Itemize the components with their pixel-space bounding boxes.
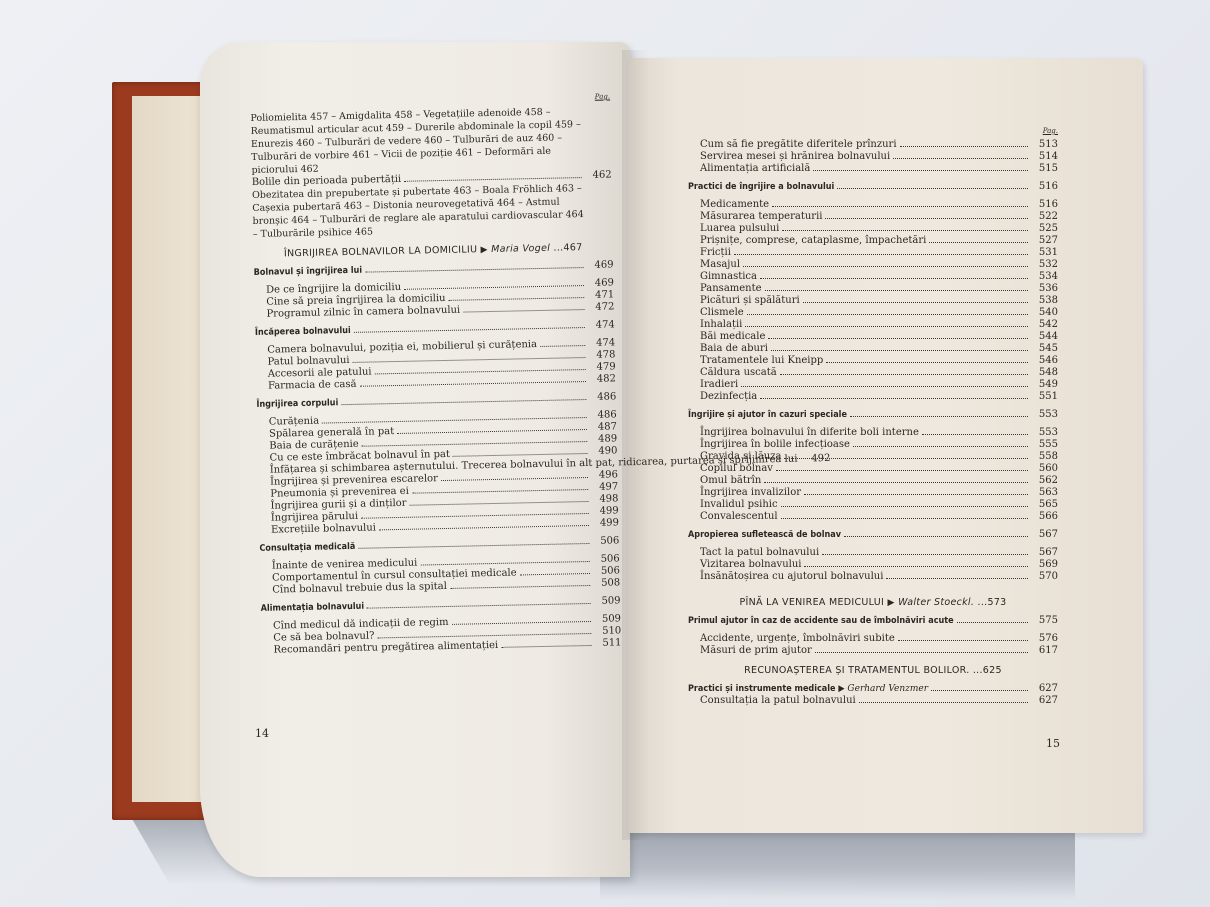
toc-entry: Vizitarea bolnavului569	[688, 559, 1058, 571]
entry-page: 510	[595, 625, 621, 638]
leader-dots	[782, 229, 1028, 231]
leader-dots	[367, 602, 591, 609]
entry-page: 551	[1032, 391, 1058, 403]
left-groups: Bolnavul și îngrijirea lui469De ce îngri…	[254, 259, 622, 662]
leader-dots	[463, 308, 584, 313]
entry-title: Bolnavul și îngrijirea lui	[254, 265, 363, 279]
toc-group-heading: Primul ajutor în caz de accidente sau de…	[688, 615, 1058, 627]
leader-dots	[745, 325, 1028, 327]
leader-dots	[765, 289, 1028, 291]
toc-entry: Convalescentul566	[688, 511, 1058, 523]
entry-page: 499	[593, 505, 619, 518]
entry-title: Vizitarea bolnavului	[700, 559, 801, 571]
leader-dots	[826, 361, 1028, 363]
toc-entry: Alimentația artificială515	[688, 163, 1058, 175]
leader-dots	[412, 488, 588, 494]
entry-page: 497	[592, 481, 618, 494]
entry-page: 567	[1032, 547, 1058, 559]
leader-dots	[813, 169, 1028, 171]
entry-page: 511	[595, 637, 621, 650]
leader-dots	[771, 349, 1028, 351]
leader-dots	[900, 145, 1028, 147]
entry-page: 506	[594, 553, 620, 566]
toc-entry: Medicamente516	[688, 199, 1058, 211]
toc-entry: Băi medicale544	[688, 331, 1058, 343]
entry-page: 516	[1032, 199, 1058, 211]
entry-page: 542	[1032, 319, 1058, 331]
entry-title: Luarea pulsului	[700, 223, 779, 235]
section-heading: ÎNGRIJIREA BOLNAVILOR LA DOMICILIU ▶ Mar…	[253, 241, 613, 261]
leader-dots	[886, 577, 1028, 579]
leader-dots	[379, 524, 589, 530]
section-page: ...573	[978, 597, 1007, 608]
leader-dots	[375, 368, 586, 374]
entry-title: Băi medicale	[700, 331, 765, 343]
entry-title: Tratamentele lui Kneipp	[700, 355, 823, 367]
entry-page: 499	[593, 517, 619, 530]
intro-paragraph: Poliomielita 457 – Amigdalita 458 – Vege…	[250, 104, 611, 177]
entry-title: Îngrijirea în bolile infecțioase	[700, 439, 850, 451]
arrow-icon: ▶	[888, 598, 895, 608]
right-table-of-contents: Pag. Cum să fie pregătite diferitele prî…	[688, 125, 1058, 707]
puberty-paragraph: Obezitatea din prepubertate și pubertate…	[252, 181, 613, 241]
leader-dots	[844, 535, 1028, 537]
entry-page: 576	[1032, 633, 1058, 645]
entry-page: 545	[1032, 343, 1058, 355]
entry-page: 469	[588, 277, 614, 290]
book-gutter	[622, 50, 650, 840]
leader-dots	[803, 301, 1028, 303]
toc-entry: Însănătoșirea cu ajutorul bolnavului570	[688, 571, 1058, 583]
entry-page: 531	[1032, 247, 1058, 259]
entry-page: 514	[1032, 151, 1058, 163]
leader-dots	[760, 277, 1028, 279]
toc-entry: Gravida și lăuza558	[688, 451, 1058, 463]
toc-entry: Picături și spălături538	[688, 295, 1058, 307]
toc-entry: Copilul bolnav560	[688, 463, 1058, 475]
entry-title: Iradieri	[700, 379, 738, 391]
entry-title: Invalidul psihic	[700, 499, 778, 511]
group-items: Consultația la patul bolnavului627	[688, 695, 1058, 707]
leader-dots	[377, 632, 591, 638]
entry-page: 532	[1032, 259, 1058, 271]
leader-dots	[404, 284, 584, 290]
entry-page: 506	[593, 535, 619, 548]
entry-page: 544	[1032, 331, 1058, 343]
entry-page: 627	[1032, 683, 1058, 695]
entry-title: Baia de aburi	[700, 343, 768, 355]
entry-page: 546	[1032, 355, 1058, 367]
entry-page: 553	[1032, 409, 1058, 421]
entry-page: 563	[1032, 487, 1058, 499]
entry-page: 513	[1032, 139, 1058, 151]
entry-title: Gravida și lăuza	[700, 451, 781, 463]
toc-entry: Gimnastica534	[688, 271, 1058, 283]
entry-title: Omul bătrîn	[700, 475, 761, 487]
entry-page: 516	[1032, 181, 1058, 193]
leader-dots	[768, 337, 1028, 339]
entry-page: 549	[1032, 379, 1058, 391]
toc-entry: Inhalații542	[688, 319, 1058, 331]
leader-dots	[410, 500, 589, 506]
entry-page: 534	[1032, 271, 1058, 283]
leader-dots	[804, 493, 1028, 495]
entry-page: 570	[1032, 571, 1058, 583]
leader-dots	[776, 469, 1028, 471]
entry-title: Practici și instrumente medicale ▶ Gerha…	[688, 683, 928, 695]
section-page: ...625	[973, 665, 1002, 676]
leader-dots	[804, 565, 1028, 567]
toc-group-heading: Practici și instrumente medicale ▶ Gerha…	[688, 683, 1058, 695]
toc-entry: Omul bătrîn562	[688, 475, 1058, 487]
leader-dots	[825, 217, 1028, 219]
leader-dots	[931, 689, 1028, 691]
toc-entry: Tratamentele lui Kneipp546	[688, 355, 1058, 367]
entry-page: 487	[591, 421, 617, 434]
entry-title: Măsuri de prim ajutor	[700, 645, 812, 657]
leader-dots	[850, 415, 1028, 417]
entry-title: Practici de îngrijire a bolnavului	[688, 181, 834, 193]
toc-entry: Căldura uscată548	[688, 367, 1058, 379]
entry-page: 506	[594, 565, 620, 578]
entry-title: Copilul bolnav	[700, 463, 773, 475]
section-title: RECUNOAȘTEREA ȘI TRATAMENTUL BOLILOR.	[744, 665, 969, 676]
leader-dots	[922, 433, 1028, 435]
entry-page: 509	[595, 613, 621, 626]
entry-page: 617	[1032, 645, 1058, 657]
entry-page: 509	[595, 595, 621, 608]
section-heading-2: PÎNĂ LA VENIREA MEDICULUI ▶ Walter Stoec…	[688, 597, 1058, 609]
entry-title: Încăperea bolnavului	[255, 325, 351, 339]
toc-entry: Luarea pulsului525	[688, 223, 1058, 235]
toc-entry: Accidente, urgențe, îmbolnăviri subite57…	[688, 633, 1058, 645]
section-title: ÎNGRIJIREA BOLNAVILOR LA DOMICILIU	[284, 244, 478, 259]
entry-page: 540	[1032, 307, 1058, 319]
entry-title: Consultația medicală	[259, 541, 355, 555]
toc-entry: Baia de aburi545	[688, 343, 1058, 355]
toc-entry: Îngrijirea invalizilor563	[688, 487, 1058, 499]
entry-title: Dezinfecția	[700, 391, 757, 403]
leader-dots	[781, 505, 1028, 507]
entry-title: Inhalații	[700, 319, 742, 331]
entry-page: 538	[1032, 295, 1058, 307]
leader-dots	[772, 205, 1028, 207]
leader-dots	[741, 385, 1028, 387]
toc-entry: Fricții531	[688, 247, 1058, 259]
entry-page: 562	[1032, 475, 1058, 487]
entry-title: Îngrijirea bolnavului în diferite boli i…	[700, 427, 919, 439]
toc-entry: Clismele540	[688, 307, 1058, 319]
pag-label: Pag.	[688, 125, 1058, 137]
arrow-icon: ▶	[481, 245, 488, 255]
entry-page: 536	[1032, 283, 1058, 295]
entry-page: 566	[1032, 511, 1058, 523]
entry-title: Apropierea sufletească de bolnav	[688, 529, 841, 541]
leader-dots	[743, 265, 1028, 267]
leader-dots	[450, 584, 590, 589]
toc-group-heading: Practici de îngrijire a bolnavului516	[688, 181, 1058, 193]
entry-page: 498	[592, 493, 618, 506]
entry-page: 478	[589, 349, 615, 362]
entry-page: 471	[588, 289, 614, 302]
entry-title: Curățenia	[269, 416, 320, 429]
entry-page: 482	[590, 373, 616, 386]
leader-dots	[957, 621, 1028, 623]
toc-entry: Iradieri549	[688, 379, 1058, 391]
leader-dots	[365, 266, 583, 273]
leader-dots	[449, 296, 585, 301]
toc-entry: Masajul532	[688, 259, 1058, 271]
entry-page: 508	[594, 577, 620, 590]
entry-page: 548	[1032, 367, 1058, 379]
entry-title: Convalescentul	[700, 511, 778, 523]
entry-page: 560	[1032, 463, 1058, 475]
entry-title: Medicamente	[700, 199, 769, 211]
entry-page: 525	[1032, 223, 1058, 235]
entry-page: 527	[1032, 235, 1058, 247]
page-number-left: 14	[255, 727, 269, 740]
leader-dots	[734, 253, 1028, 255]
group-author: Gerhard Venzmer	[847, 684, 928, 694]
entry-page: 627	[1032, 695, 1058, 707]
leader-dots	[747, 313, 1028, 315]
leader-dots	[781, 517, 1028, 519]
entry-title: Prișnițe, comprese, cataplasme, împachet…	[700, 235, 926, 247]
entry-title: Excrețiile bolnavului	[271, 522, 376, 536]
leader-dots	[453, 452, 588, 457]
spacer	[688, 583, 1058, 589]
leader-dots	[780, 373, 1028, 375]
leader-dots	[452, 620, 591, 625]
toc-entry: Invalidul psihic565	[688, 499, 1058, 511]
leader-dots	[837, 187, 1028, 189]
entry-title: Tact la patul bolnavului	[700, 547, 819, 559]
leader-dots	[898, 639, 1028, 641]
entry-page: 496	[592, 469, 618, 482]
arrow-icon: ▶	[838, 684, 844, 694]
entry-page: 490	[591, 445, 617, 458]
leader-dots	[764, 481, 1028, 483]
toc-entry: Tact la patul bolnavului567	[688, 547, 1058, 559]
toc-group-heading: Îngrijire și ajutor în cazuri speciale55…	[688, 409, 1058, 421]
entry-title: Îngrijire și ajutor în cazuri speciale	[688, 409, 847, 421]
entry-page: 474	[589, 337, 615, 350]
leader-dots	[859, 701, 1028, 703]
section-author: Maria Vogel	[491, 243, 550, 255]
leader-dots	[784, 457, 1028, 459]
group-title: Practici și instrumente medicale	[688, 684, 836, 694]
section-author: Walter Stoeckl.	[898, 597, 974, 608]
leader-dots	[540, 344, 585, 347]
entry-title: Accidente, urgențe, îmbolnăviri subite	[700, 633, 895, 645]
section-heading-3: RECUNOAȘTEREA ȘI TRATAMENTUL BOLILOR. ..…	[688, 665, 1058, 677]
leader-dots	[815, 651, 1028, 653]
toc-entry: Îngrijirea în bolile infecțioase555	[688, 439, 1058, 451]
leader-dots	[397, 428, 587, 434]
leader-dots	[420, 560, 589, 566]
leader-dots	[441, 476, 588, 481]
toc-entry: Cum să fie pregătite diferitele prînzuri…	[688, 139, 1058, 151]
leader-dots	[760, 397, 1028, 399]
entry-page: 489	[591, 433, 617, 446]
entry-page: 479	[590, 361, 616, 374]
entry-page: 515	[1032, 163, 1058, 175]
toc-entry: Îngrijirea bolnavului în diferite boli i…	[688, 427, 1058, 439]
entry-page: 522	[1032, 211, 1058, 223]
section-title: PÎNĂ LA VENIREA MEDICULUI	[739, 597, 884, 608]
leader-dots	[822, 553, 1028, 555]
toc-entry: Consultația la patul bolnavului627	[688, 695, 1058, 707]
right-top-items: Cum să fie pregătite diferitele prînzuri…	[688, 139, 1058, 181]
page-number-right: 15	[1046, 737, 1060, 750]
toc-entry: Pansamente536	[688, 283, 1058, 295]
leader-dots	[893, 157, 1028, 159]
entry-title: Consultația la patul bolnavului	[700, 695, 856, 707]
toc-entry: Măsuri de prim ajutor617	[688, 645, 1058, 657]
leader-dots	[404, 176, 582, 182]
entry-page: 575	[1032, 615, 1058, 627]
entry-title: Servirea mesei și hrănirea bolnavului	[700, 151, 890, 163]
entry-title: Însănătoșirea cu ajutorul bolnavului	[700, 571, 883, 583]
left-table-of-contents: Pag. Poliomielita 457 – Amigdalita 458 –…	[250, 90, 622, 662]
entry-page: 474	[589, 319, 615, 332]
entry-title: Picături și spălături	[700, 295, 800, 307]
leader-dots	[520, 572, 590, 575]
entry-title: Primul ajutor în caz de accidente sau de…	[688, 615, 954, 627]
entry-page: 486	[590, 391, 616, 404]
section-page: ...467	[553, 242, 582, 254]
entry-title: Cum să fie pregătite diferitele prînzuri	[700, 139, 897, 151]
entry-page: 569	[1032, 559, 1058, 571]
toc-entry: Dezinfecția551	[688, 391, 1058, 403]
entry-title: Masajul	[700, 259, 740, 271]
toc-entry: Prișnițe, comprese, cataplasme, împachet…	[688, 235, 1058, 247]
right-groups: Practici de îngrijire a bolnavului516Med…	[688, 181, 1058, 589]
leader-dots	[929, 241, 1028, 243]
entry-page: 469	[587, 259, 613, 272]
entry-page: 472	[588, 301, 614, 314]
entry-title: Îngrijirea corpului	[256, 397, 338, 411]
entry-title: Măsurarea temperaturii	[700, 211, 822, 223]
entry-page: 462	[586, 169, 612, 182]
entry-page: 565	[1032, 499, 1058, 511]
entry-title: Gimnastica	[700, 271, 757, 283]
entry-title: Alimentația artificială	[700, 163, 810, 175]
entry-page: 555	[1032, 439, 1058, 451]
entry-title: Căldura uscată	[700, 367, 777, 379]
first-aid-group: Primul ajutor în caz de accidente sau de…	[688, 615, 1058, 657]
entry-title: Farmacia de casă	[268, 379, 357, 393]
entry-title: Pansamente	[700, 283, 762, 295]
entry-title: Alimentația bolnavului	[261, 601, 365, 615]
toc-group-heading: Apropierea sufletească de bolnav567	[688, 529, 1058, 541]
entry-title: Clismele	[700, 307, 744, 319]
toc-entry: Servirea mesei și hrănirea bolnavului514	[688, 151, 1058, 163]
entry-title: Îngrijirea invalizilor	[700, 487, 801, 499]
entry-page: 486	[591, 409, 617, 422]
leader-dots	[853, 445, 1028, 447]
entry-page: 553	[1032, 427, 1058, 439]
entry-title: Fricții	[700, 247, 731, 259]
leader-dots	[501, 644, 591, 648]
entry-page: 567	[1032, 529, 1058, 541]
toc-entry: Măsurarea temperaturii522	[688, 211, 1058, 223]
entry-page: 558	[1032, 451, 1058, 463]
